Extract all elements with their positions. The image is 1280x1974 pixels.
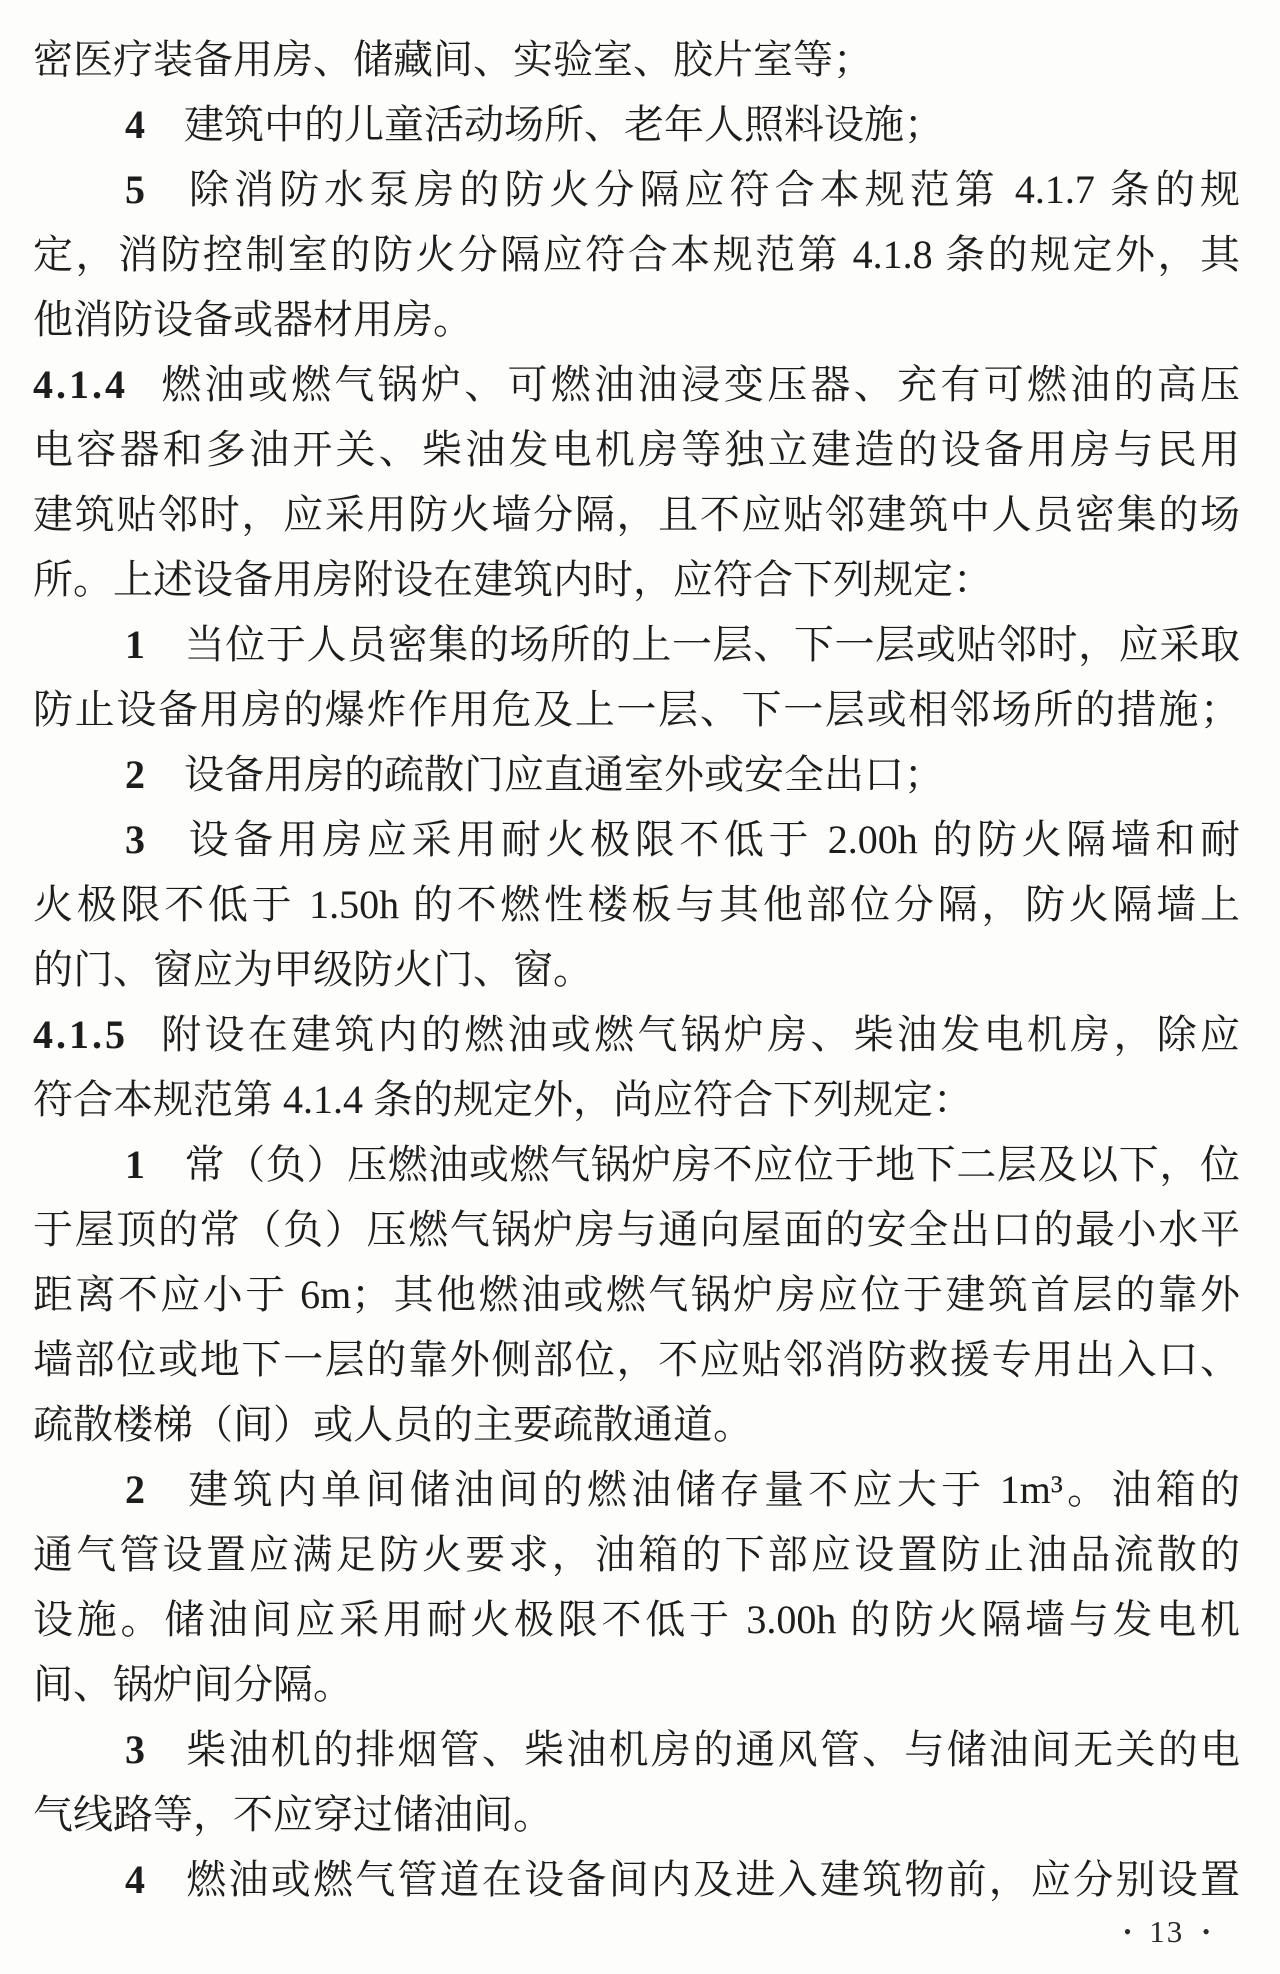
line-text: 建筑内单间储油间的燃油储存量不应大于 1m³。油箱的 [184,1467,1240,1512]
item-number: 3 [125,817,146,862]
text-line: 密医疗装备用房、储藏间、实验室、胶片室等； [33,27,1240,92]
line-text: 设备用房应采用耐火极限不低于 2.00h 的防火隔墙和耐 [184,817,1240,862]
text-line: 3设备用房应采用耐火极限不低于 2.00h 的防火隔墙和耐 [33,807,1240,872]
text-line: 1当位于人员密集的场所的上一层、下一层或贴邻时，应采取 [33,612,1240,677]
text-line: 火极限不低于 1.50h 的不燃性楼板与其他部位分隔，防火隔墙上 [33,872,1240,937]
text-line: 建筑贴邻时，应采用防火墙分隔，且不应贴邻建筑中人员密集的场 [33,482,1240,547]
text-line: 气线路等，不应穿过储油间。 [33,1782,1240,1847]
document-page: 密医疗装备用房、储藏间、实验室、胶片室等；4建筑中的儿童活动场所、老年人照料设施… [0,0,1280,1974]
line-text: 附设在建筑内的燃油或燃气锅炉房、柴油发电机房，除应 [158,1012,1240,1057]
text-line: 他消防设备或器材用房。 [33,287,1240,352]
text-line: 墙部位或地下一层的靠外侧部位，不应贴邻消防救援专用出入口、 [33,1327,1240,1392]
text-line: 定，消防控制室的防火分隔应符合本规范第 4.1.8 条的规定外，其 [33,222,1240,287]
text-line: 于屋顶的常（负）压燃气锅炉房与通向屋面的安全出口的最小水平 [33,1197,1240,1262]
line-text: 建筑中的儿童活动场所、老年人照料设施； [184,102,944,147]
text-line: 防止设备用房的爆炸作用危及上一层、下一层或相邻场所的措施； [33,677,1240,742]
item-number: 5 [125,167,146,212]
item-number: 4 [125,102,146,147]
page-number: 13 [1149,1914,1184,1949]
text-line: 电容器和多油开关、柴油发电机房等独立建造的设备用房与民用 [33,417,1240,482]
clause-number: 4.1.5 [33,1012,128,1057]
text-line: 距离不应小于 6m；其他燃油或燃气锅炉房应位于建筑首层的靠外 [33,1262,1240,1327]
text-line: 的门、窗应为甲级防火门、窗。 [33,937,1240,1002]
text-line: 设施。储油间应采用耐火极限不低于 3.00h 的防火隔墙与发电机 [33,1587,1240,1652]
item-number: 1 [125,622,146,667]
line-text: 当位于人员密集的场所的上一层、下一层或贴邻时，应采取 [184,622,1240,667]
text-line: 5除消防水泵房的防火分隔应符合本规范第 4.1.7 条的规 [33,157,1240,222]
line-text: 常（负）压燃油或燃气锅炉房不应位于地下二层及以下，位 [184,1142,1240,1187]
clause-number: 4.1.4 [33,362,128,407]
text-column: 密医疗装备用房、储藏间、实验室、胶片室等；4建筑中的儿童活动场所、老年人照料设施… [33,27,1240,1912]
text-line: 3柴油机的排烟管、柴油机房的通风管、与储油间无关的电 [33,1717,1240,1782]
text-line: 2设备用房的疏散门应直通室外或安全出口； [33,742,1240,807]
line-text: 燃油或燃气管道在设备间内及进入建筑物前，应分别设置 [184,1857,1240,1902]
text-line: 符合本规范第 4.1.4 条的规定外，尚应符合下列规定： [33,1067,1240,1132]
page-footer: •13• [1124,1908,1210,1956]
item-number: 2 [125,1467,146,1512]
item-number: 2 [125,752,146,797]
text-line: 4.1.4燃油或燃气锅炉、可燃油油浸变压器、充有可燃油的高压 [33,352,1240,417]
text-line: 4燃油或燃气管道在设备间内及进入建筑物前，应分别设置 [33,1847,1240,1912]
line-text: 除消防水泵房的防火分隔应符合本规范第 4.1.7 条的规 [184,167,1240,212]
line-text: 燃油或燃气锅炉、可燃油油浸变压器、充有可燃油的高压 [158,362,1240,407]
text-line: 疏散楼梯（间）或人员的主要疏散通道。 [33,1392,1240,1457]
footer-left-dot: • [1124,1919,1132,1944]
item-number: 4 [125,1857,146,1902]
line-text: 设备用房的疏散门应直通室外或安全出口； [184,752,944,797]
text-line: 所。上述设备用房附设在建筑内时，应符合下列规定： [33,547,1240,612]
text-line: 间、锅炉间分隔。 [33,1652,1240,1717]
text-line: 1常（负）压燃油或燃气锅炉房不应位于地下二层及以下，位 [33,1132,1240,1197]
text-line: 4.1.5附设在建筑内的燃油或燃气锅炉房、柴油发电机房，除应 [33,1002,1240,1067]
footer-right-dot: • [1202,1919,1210,1944]
line-text: 柴油机的排烟管、柴油机房的通风管、与储油间无关的电 [184,1727,1240,1772]
item-number: 1 [125,1142,146,1187]
text-line: 通气管设置应满足防火要求，油箱的下部应设置防止油品流散的 [33,1522,1240,1587]
text-line: 4建筑中的儿童活动场所、老年人照料设施； [33,92,1240,157]
item-number: 3 [125,1727,146,1772]
text-line: 2建筑内单间储油间的燃油储存量不应大于 1m³。油箱的 [33,1457,1240,1522]
